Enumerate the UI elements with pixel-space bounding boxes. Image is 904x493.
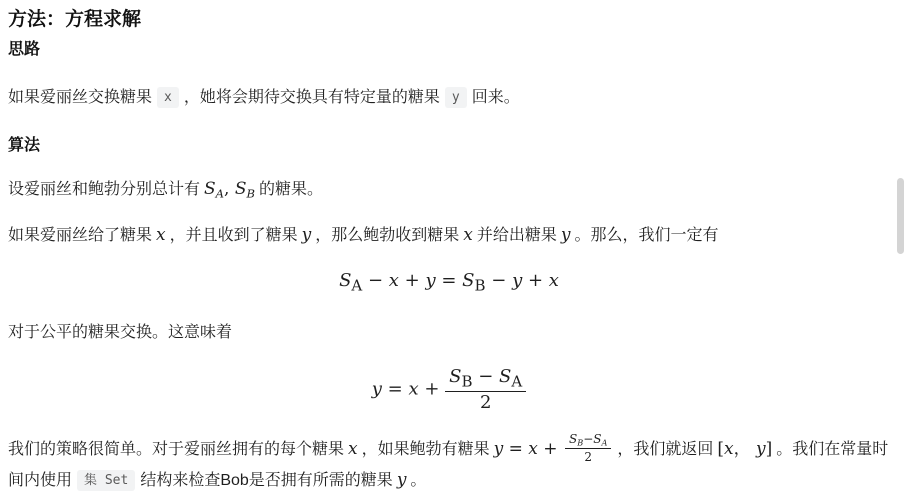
paragraph-text: 的糖果。 xyxy=(259,181,323,198)
paragraph-exchange: 如果爱丽丝给了糖果x，并且收到了糖果y，那么鲍勃收到糖果x并给出糖果y。那么，我… xyxy=(8,223,890,248)
paragraph-text: 如果爱丽丝给了糖果 xyxy=(8,227,152,244)
heading-idea: 思路 xyxy=(8,40,890,60)
paragraph-text: 设爱丽丝和鲍勃分别总计有 xyxy=(8,181,200,198)
paragraph-text: ，那么鲍勃收到糖果 xyxy=(315,227,459,244)
paragraph-fair: 对于公平的糖果交换。这意味着 xyxy=(8,321,890,345)
solution-article: 方法：方程求解 思路 如果爱丽丝交换糖果x，她将会期待交换具有特定量的糖果y回来… xyxy=(0,0,904,493)
inline-math-y-formula: y = x + SB−SA2 xyxy=(494,439,614,459)
inline-code-x: x xyxy=(157,87,179,108)
inline-math-y: y xyxy=(561,225,571,245)
display-equation-y: y = x + SB − SA2 xyxy=(8,361,890,421)
paragraph-text: 。那么，我们一定有 xyxy=(574,227,718,244)
paragraph-text: ，她将会期待交换具有特定量的糖果 xyxy=(184,89,440,106)
paragraph-text: ，并且收到了糖果 xyxy=(170,227,298,244)
paragraph-text: ，我们就返回 xyxy=(617,441,713,458)
paragraph-text: 并给出糖果 xyxy=(477,227,557,244)
display-equation-balance: SA − x + y = SB − y + x xyxy=(8,266,890,301)
paragraph-text: 结构来检查Bob是否拥有所需的糖果 xyxy=(140,472,392,489)
inline-math-x: x xyxy=(156,225,166,245)
paragraph-text: 我们的策略很简单。对于爱丽丝拥有的每个糖果 xyxy=(8,441,344,458)
inline-code-y: y xyxy=(445,87,467,108)
heading-algorithm: 算法 xyxy=(8,136,890,156)
paragraph-text: 回来。 xyxy=(472,89,520,106)
inline-code-set: 集 Set xyxy=(77,470,135,491)
scrollbar-thumb[interactable] xyxy=(897,178,904,254)
inline-math-pair: [x， y] xyxy=(717,439,772,459)
paragraph-idea: 如果爱丽丝交换糖果x，她将会期待交换具有特定量的糖果y回来。 xyxy=(8,86,890,110)
inline-math-y: y xyxy=(397,470,407,490)
paragraph-text: 。 xyxy=(410,472,426,489)
page-title: 方法：方程求解 xyxy=(8,8,890,32)
paragraph-totals: 设爱丽丝和鲍勃分别总计有SA, SB的糖果。 xyxy=(8,176,890,203)
inline-math-y: y xyxy=(302,225,312,245)
inline-math-x: x xyxy=(348,439,358,459)
inline-math-sa-sb: SA, SB xyxy=(204,179,255,199)
paragraph-strategy: 我们的策略很简单。对于爱丽丝拥有的每个糖果x，如果鲍勃有糖果y = x + SB… xyxy=(8,432,890,493)
paragraph-text: 如果爱丽丝交换糖果 xyxy=(8,89,152,106)
paragraph-text: ，如果鲍勃有糖果 xyxy=(362,441,490,458)
inline-math-x: x xyxy=(463,225,473,245)
